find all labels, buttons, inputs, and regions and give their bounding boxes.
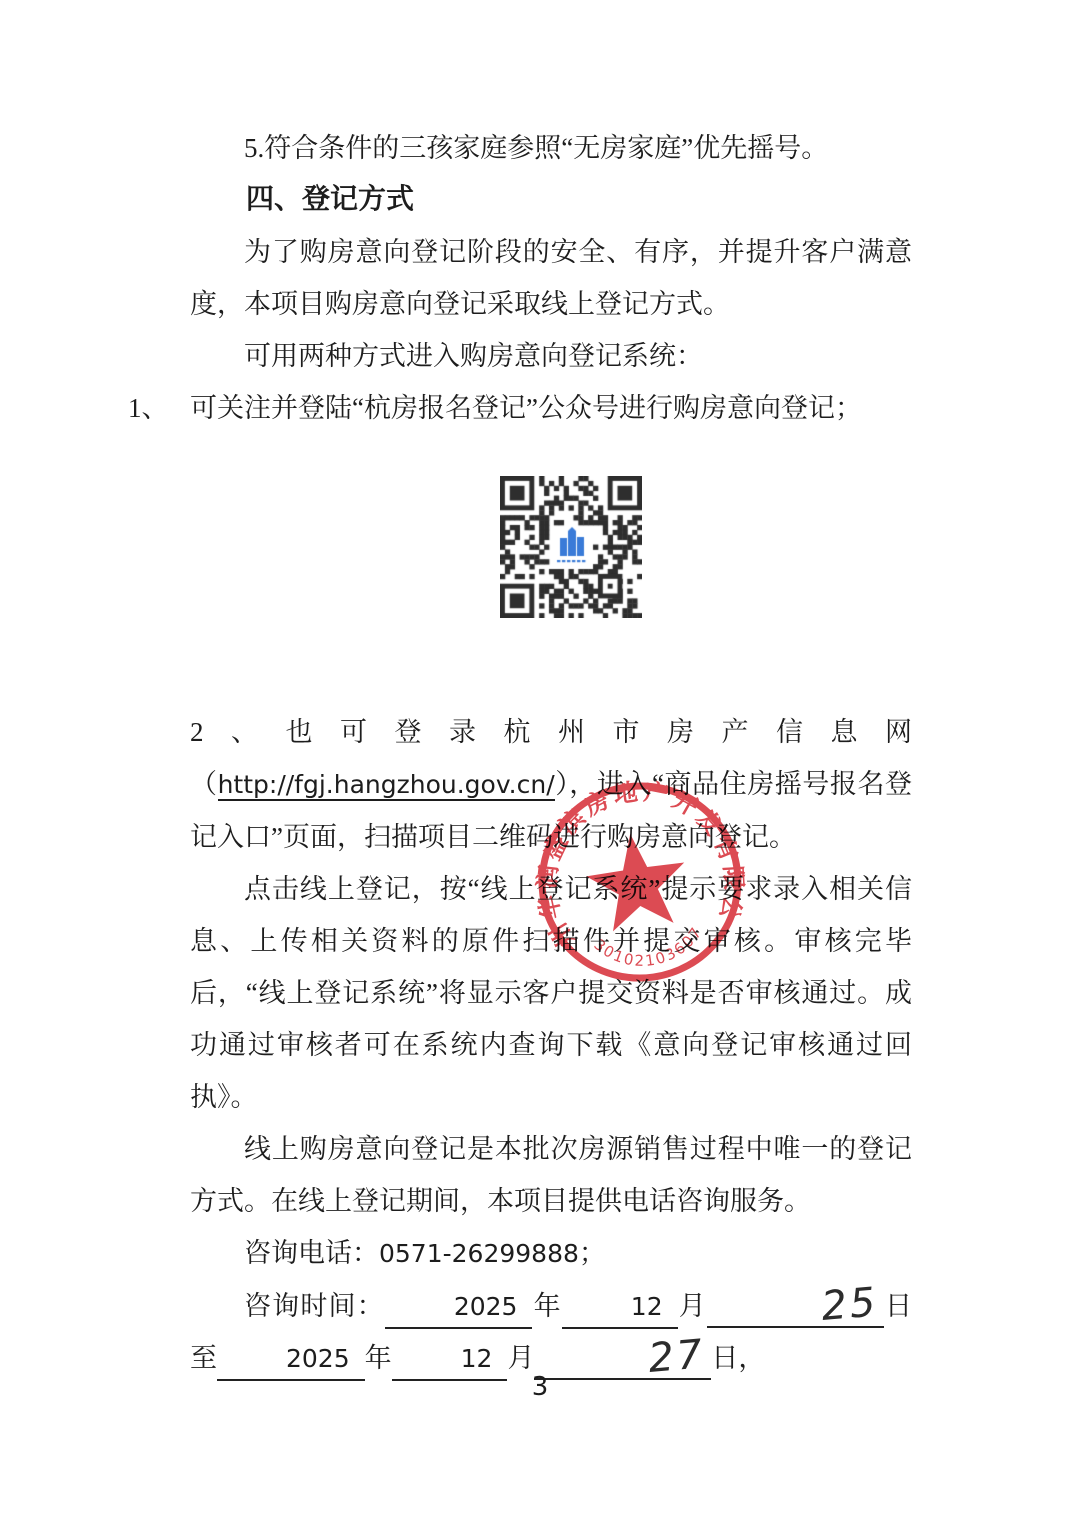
list-item-1-marker: 1、 bbox=[128, 382, 190, 434]
date-line: 咨询时间：2025年12月25日至2025年12月27日， bbox=[190, 1280, 912, 1384]
para-website: 2、也可登录杭州市房产信息网（http://fgj.hangzhou.gov.c… bbox=[190, 706, 912, 863]
date-field: 2025 bbox=[385, 1287, 533, 1329]
date-label: 咨询时间： bbox=[244, 1291, 385, 1321]
date-text: 年 bbox=[365, 1343, 392, 1373]
phone-line: 咨询电话：0571-26299888； bbox=[190, 1227, 912, 1280]
date-text: 月 bbox=[678, 1291, 707, 1321]
document-body: 5.符合条件的三孩家庭参照“无房家庭”优先摇号。 四、登记方式 为了购房意向登记… bbox=[190, 122, 912, 1384]
list-item-1-text: 可关注并登陆“杭房报名登记”公众号进行购房意向登记； bbox=[190, 393, 862, 423]
phone-label: 咨询电话： bbox=[244, 1238, 379, 1268]
para-intro: 为了购房意向登记阶段的安全、有序，并提升客户满意度，本项目购房意向登记采取线上登… bbox=[190, 226, 912, 330]
document-page: 5.符合条件的三孩家庭参照“无房家庭”优先摇号。 四、登记方式 为了购房意向登记… bbox=[0, 0, 1080, 1528]
para-click-register: 点击线上登记，按“线上登记系统”提示要求录入相关信息、上传相关资料的原件扫描件并… bbox=[190, 863, 912, 1123]
phone-tail: ； bbox=[579, 1238, 606, 1268]
clause-three-child: 5.符合条件的三孩家庭参照“无房家庭”优先摇号。 bbox=[190, 122, 912, 174]
date-field: 12 bbox=[562, 1287, 678, 1329]
date-text: 月 bbox=[507, 1343, 534, 1373]
section-heading: 四、登记方式 bbox=[190, 174, 912, 226]
handwritten-day: 25 bbox=[766, 1287, 879, 1327]
phone-number: 0571-26299888 bbox=[379, 1239, 579, 1268]
date-text: 年 bbox=[532, 1291, 561, 1321]
para-methods: 可用两种方式进入购房意向登记系统： bbox=[190, 330, 912, 382]
date-text: 日， bbox=[711, 1343, 765, 1373]
qr-code-block bbox=[500, 476, 642, 618]
page-number: 3 bbox=[0, 1372, 1080, 1402]
list-item-1: 1、可关注并登陆“杭房报名登记”公众号进行购房意向登记； bbox=[190, 382, 912, 434]
date-hand: 25 bbox=[707, 1286, 884, 1328]
para-online-only: 线上购房意向登记是本批次房源销售过程中唯一的登记方式。在线上登记期间，本项目提供… bbox=[190, 1123, 912, 1227]
registration-url[interactable]: http://fgj.hangzhou.gov.cn/ bbox=[218, 770, 555, 801]
qr-code bbox=[500, 476, 642, 618]
